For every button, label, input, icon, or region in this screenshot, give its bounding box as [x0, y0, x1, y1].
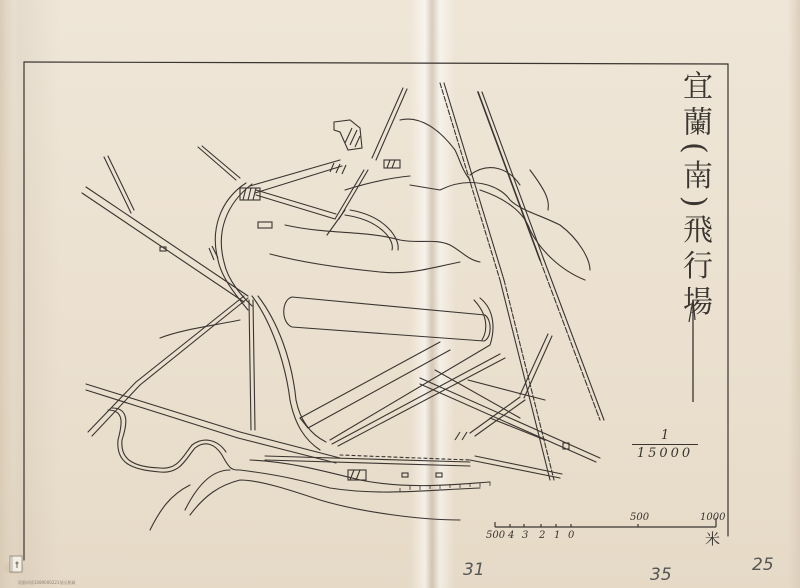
scale-label-1000: 1000: [700, 512, 725, 523]
scale-bar: [495, 518, 716, 527]
page-number-25: 25: [752, 555, 774, 575]
scale-ratio: 1 15000: [632, 428, 698, 461]
scale-label-1: 1: [554, 530, 560, 541]
scale-label-500-left: 500: [486, 530, 505, 541]
archive-stamp-caption: 電腦掃描1089000221號品館藏: [18, 580, 75, 586]
scale-ratio-numerator: 1: [632, 428, 698, 444]
archive-stamp-icon: [4, 550, 28, 576]
scale-label-0: 0: [568, 530, 574, 541]
scale-ratio-denominator: 15000: [632, 444, 698, 461]
scale-label-3: 3: [522, 530, 528, 541]
building-north: [334, 120, 362, 150]
scale-label-4: 4: [508, 530, 514, 541]
scale-unit: 米: [705, 528, 720, 549]
scale-label-2: 2: [539, 530, 545, 541]
building-west: [258, 222, 272, 228]
page-number-31: 31: [463, 560, 485, 580]
scale-label-500: 500: [630, 512, 649, 523]
page-number-35: 35: [650, 565, 672, 585]
map-title: 宜蘭(南)飛行場: [676, 70, 712, 321]
